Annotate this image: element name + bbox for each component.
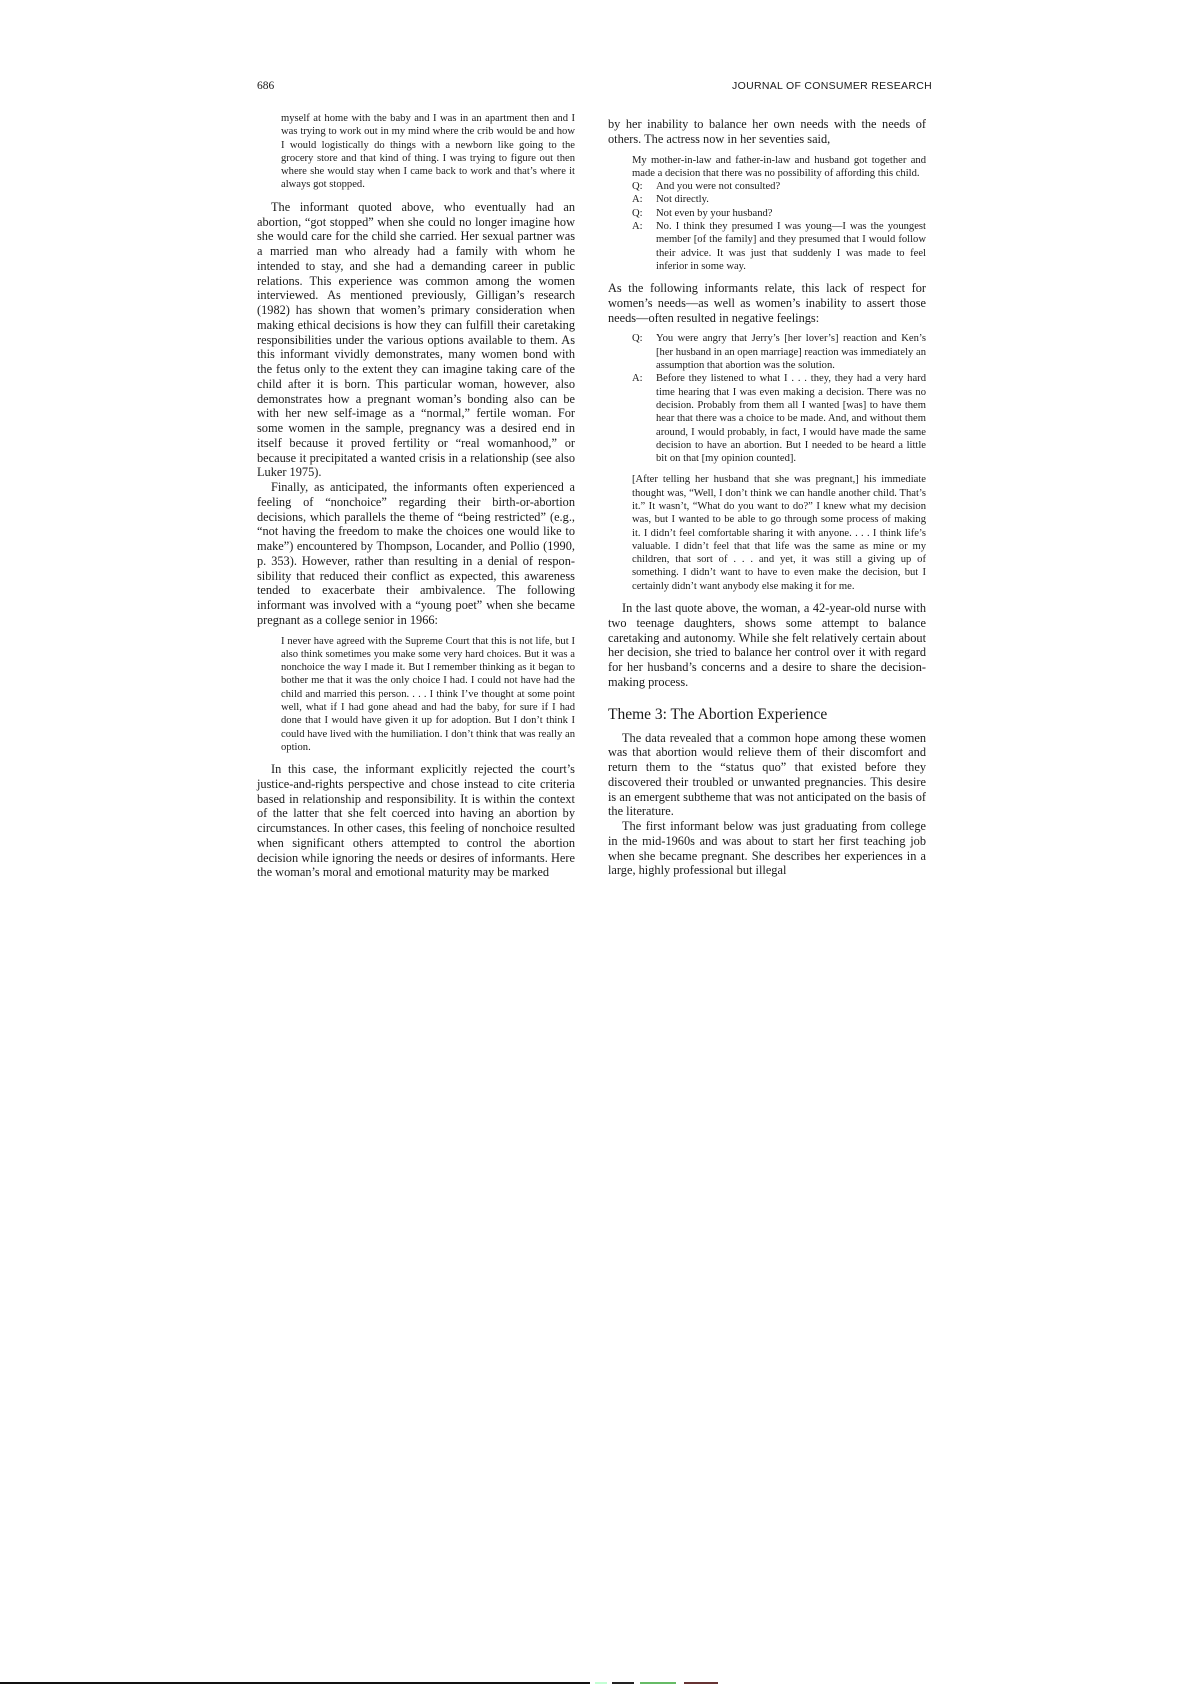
qa-label: Q: [632,207,656,220]
qa-row: A: Not directly. [632,193,926,206]
body-paragraph: In this case, the informant explicitly r… [257,762,575,880]
qa-label: A: [632,372,656,465]
right-column: by her inability to balance her own need… [608,117,926,878]
qa-row: Q: And you were not consulted? [632,180,926,193]
qa-text: No. I think they presumed I was young—I … [656,220,926,273]
qa-text: Not even by your husband? [656,207,926,220]
body-paragraph: by her inability to balance her own need… [608,117,926,147]
document-page: 686 JOURNAL OF CONSUMER RESEARCH myself … [0,0,1191,1685]
left-column: myself at home with the baby and I was i… [257,112,575,880]
body-paragraph: As the following informants relate, this… [608,281,926,325]
body-paragraph: The data revealed that a common hope amo… [608,731,926,820]
body-paragraph: Finally, as anticipated, the informants … [257,480,575,628]
qa-label: A: [632,193,656,206]
qa-text: And you were not consulted? [656,180,926,193]
scan-noise [612,1682,634,1684]
qa-label: A: [632,220,656,273]
qa-text: Before they listened to what I . . . the… [656,372,926,465]
interview-excerpt: Q: You were angry that Jerry’s [her love… [632,332,926,465]
qa-label: Q: [632,180,656,193]
qa-row: Q: Not even by your husband? [632,207,926,220]
qa-row: A: Before they listened to what I . . . … [632,372,926,465]
body-paragraph: In the last quote above, the woman, a 42… [608,601,926,690]
journal-running-head: JOURNAL OF CONSUMER RESEARCH [732,80,932,92]
quote-text: I never have agreed with the Supreme Cou… [281,635,575,755]
block-quote: [After telling her husband that she was … [632,473,926,593]
quote-text: My mother-in-law and father-in-law and h… [632,154,926,181]
qa-label: Q: [632,332,656,372]
scan-noise [595,1682,607,1684]
page-number: 686 [257,80,274,92]
section-heading: Theme 3: The Abortion Experience [608,706,926,724]
body-paragraph: The first informant below was just gradu… [608,819,926,878]
block-quote: myself at home with the baby and I was i… [281,112,575,192]
qa-text: Not directly. [656,193,926,206]
quote-text: myself at home with the baby and I was i… [281,112,575,192]
quote-text: [After telling her husband that she was … [632,473,926,593]
scan-edge-line [0,1682,590,1684]
interview-excerpt: My mother-in-law and father-in-law and h… [632,154,926,274]
block-quote: I never have agreed with the Supreme Cou… [281,635,575,755]
qa-text: You were angry that Jerry’s [her lover’s… [656,332,926,372]
body-paragraph: The informant quoted above, who eventual… [257,200,575,480]
scan-noise [684,1682,718,1684]
scan-noise [640,1682,676,1684]
qa-row: A: No. I think they presumed I was young… [632,220,926,273]
qa-row: Q: You were angry that Jerry’s [her love… [632,332,926,372]
